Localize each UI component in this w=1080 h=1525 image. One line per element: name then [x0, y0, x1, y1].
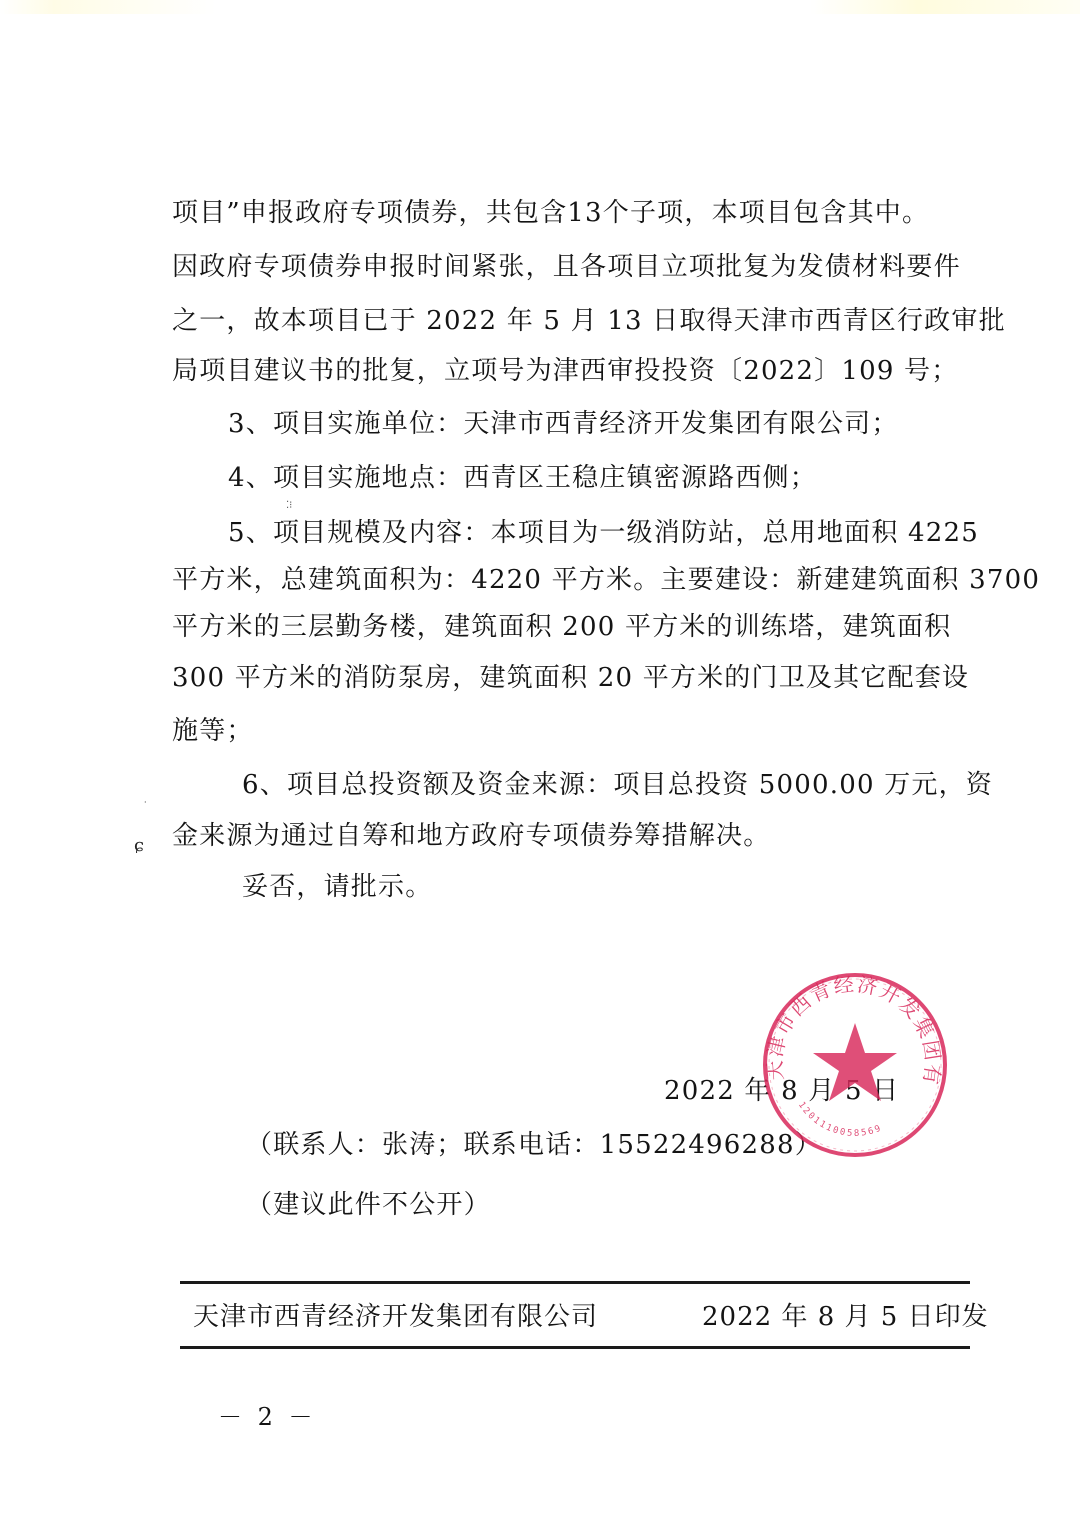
scan-artifact: ⁚⁝ — [286, 500, 292, 511]
footer-bottom-rule — [180, 1346, 970, 1349]
disclosure-note: （建议此件不公开） — [246, 1188, 491, 1222]
svg-text:1201110058569: 1201110058569 — [796, 1100, 884, 1139]
item-6-investment-line: 金来源为通过自筹和地方政府专项债券筹措解决。 — [172, 819, 770, 853]
body-line: 之一，故本项目已于 2022 年 5 月 13 日取得天津市西青区行政审批 — [172, 304, 1006, 338]
footer-issue-date: 2022 年 8 月 5 日印发 — [702, 1300, 989, 1334]
item-5-scope: 5、项目规模及内容：本项目为一级消防站，总用地面积 4225 — [228, 516, 979, 550]
body-line: 因政府专项债券申报时间紧张，且各项目立项批复为发债材料要件 — [172, 250, 961, 284]
official-seal-icon: 天津市西青经济开发集团有限公司 1201110058569 — [755, 965, 955, 1165]
closing-request: 妥否，请批示。 — [242, 870, 432, 904]
footer-top-rule — [180, 1281, 970, 1284]
scan-artifact: ɕ — [134, 835, 144, 856]
item-5-scope-line: 施等； — [172, 714, 254, 748]
item-5-scope-line: 300 平方米的消防泵房，建筑面积 20 平方米的门卫及其它配套设 — [172, 661, 969, 695]
contact-info: （联系人：张涛；联系电话：15522496288） — [246, 1128, 822, 1162]
scan-artifact: · — [144, 798, 147, 807]
body-line: 局项目建议书的批复，立项号为津西审投投资〔2022〕109 号； — [172, 354, 958, 388]
footer-issuer: 天津市西青经济开发集团有限公司 — [193, 1300, 598, 1334]
item-5-scope-line: 平方米，总建筑面积为：4220 平方米。主要建设：新建建筑面积 3700 — [172, 563, 1040, 597]
body-line: 项目”申报政府专项债券，共包含13个子项，本项目包含其中。 — [172, 196, 929, 230]
item-4-location: 4、项目实施地点：西青区王稳庄镇密源路西侧； — [228, 461, 817, 495]
page-number: － 2 － — [218, 1402, 317, 1432]
item-5-scope-line: 平方米的三层勤务楼，建筑面积 200 平方米的训练塔，建筑面积 — [172, 610, 951, 644]
document-page: 项目”申报政府专项债券，共包含13个子项，本项目包含其中。 因政府专项债券申报时… — [0, 0, 1080, 1525]
item-6-investment: 6、项目总投资额及资金来源：项目总投资 5000.00 万元，资 — [242, 768, 993, 802]
item-3-unit: 3、项目实施单位：天津市西青经济开发集团有限公司； — [228, 407, 899, 441]
